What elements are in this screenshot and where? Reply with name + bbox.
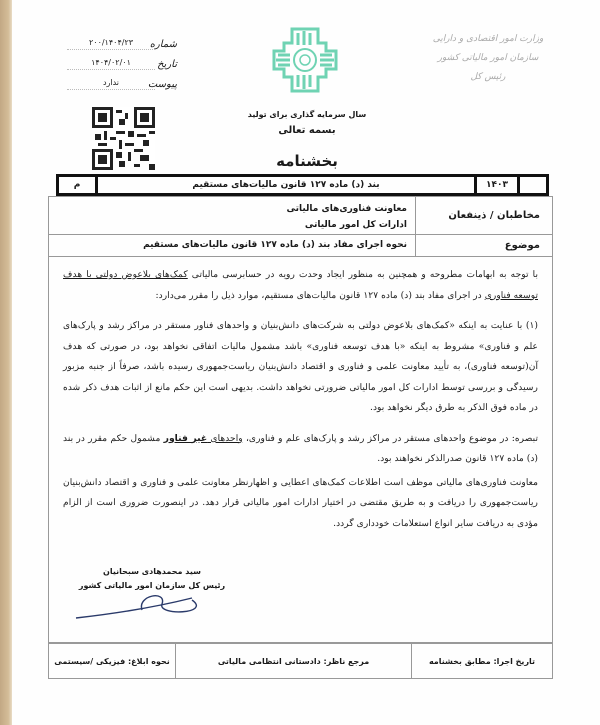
footer-table: تاریخ اجرا: مطابق بخشنامه مرجع ناظر: داد… xyxy=(48,643,553,679)
document-page: وزارت امور اقتصادی و دارایی سازمان امور … xyxy=(12,0,600,725)
meta-attachment: پیوست ندارد xyxy=(67,70,177,90)
intro-paragraph: با توجه به ابهامات مطروحه و همچنین به من… xyxy=(49,265,552,306)
circular-info-table: مخاطبان / ذینفعان معاونت فناوری‌های مالی… xyxy=(48,196,553,257)
supervising-authority: مرجع ناظر: دادستانی انتظامی مالیاتی xyxy=(175,644,411,678)
notification-method: نحوه ابلاغ: فیزیکی /سیستمی xyxy=(49,644,175,678)
note-paragraph: تبصره: در موضوع واحدهای مستقر در مراکز ر… xyxy=(49,429,552,470)
ministry-line: سازمان امور مالیاتی کشور xyxy=(428,49,548,68)
tax-organization-logo-icon xyxy=(270,25,340,95)
closing-paragraph: معاونت فناوری‌های مالیاتی موظف است اطلاع… xyxy=(49,473,552,535)
document-type-title: بخشنامه xyxy=(212,152,402,170)
item-1-paragraph: (۱) با عنایت به اینکه «کمک‌های بلاعوض دو… xyxy=(49,316,552,419)
ministry-header: وزارت امور اقتصادی و دارایی سازمان امور … xyxy=(428,30,548,87)
meta-date: تاریخ ۱۴۰۴/۰۲/۰۱ xyxy=(67,50,177,70)
handwritten-signature-icon xyxy=(72,590,212,622)
recipients-label: مخاطبان / ذینفعان xyxy=(415,197,552,234)
qr-code-icon xyxy=(92,107,155,170)
subject-value: نحوه اجرای مفاد بند (د) ماده ۱۲۷ قانون م… xyxy=(49,235,415,256)
band-year: ۱۴۰۳ xyxy=(474,177,517,193)
band-code: م xyxy=(59,177,95,193)
subject-row: موضوع نحوه اجرای مفاد بند (د) ماده ۱۲۷ ق… xyxy=(49,234,552,256)
recipients-value: معاونت فناوری‌های مالیاتی ادارات کل امور… xyxy=(49,197,415,234)
recipients-row: مخاطبان / ذینفعان معاونت فناوری‌های مالی… xyxy=(49,196,552,234)
ministry-line: رئیس کل xyxy=(428,68,548,87)
emphasis-non-tech: غیر فناور xyxy=(164,433,207,444)
subject-label: موضوع xyxy=(415,235,552,256)
signer-name: سید محمدهادی سبحانیان xyxy=(72,565,232,579)
band-blank-cell xyxy=(517,177,546,193)
execution-date: تاریخ اجرا: مطابق بخشنامه xyxy=(411,644,552,678)
year-slogan: سال سرمایه گذاری برای تولید xyxy=(242,110,372,119)
band-subject: بند (د) ماده ۱۲۷ قانون مالیات‌های مستقیم xyxy=(95,177,474,193)
signature-block: سید محمدهادی سبحانیان رئیس کل سازمان امو… xyxy=(72,565,232,593)
ministry-line: وزارت امور اقتصادی و دارایی xyxy=(428,30,548,49)
letter-meta: شماره ۲۰۰/۱۴۰۴/۲۳ تاریخ ۱۴۰۴/۰۲/۰۱ پیوست… xyxy=(67,30,177,90)
basmala: بسمه تعالی xyxy=(242,125,372,136)
scanner-edge xyxy=(0,0,12,725)
circular-reference-band: ۱۴۰۳ بند (د) ماده ۱۲۷ قانون مالیات‌های م… xyxy=(56,174,549,196)
meta-number: شماره ۲۰۰/۱۴۰۴/۲۳ xyxy=(67,30,177,50)
